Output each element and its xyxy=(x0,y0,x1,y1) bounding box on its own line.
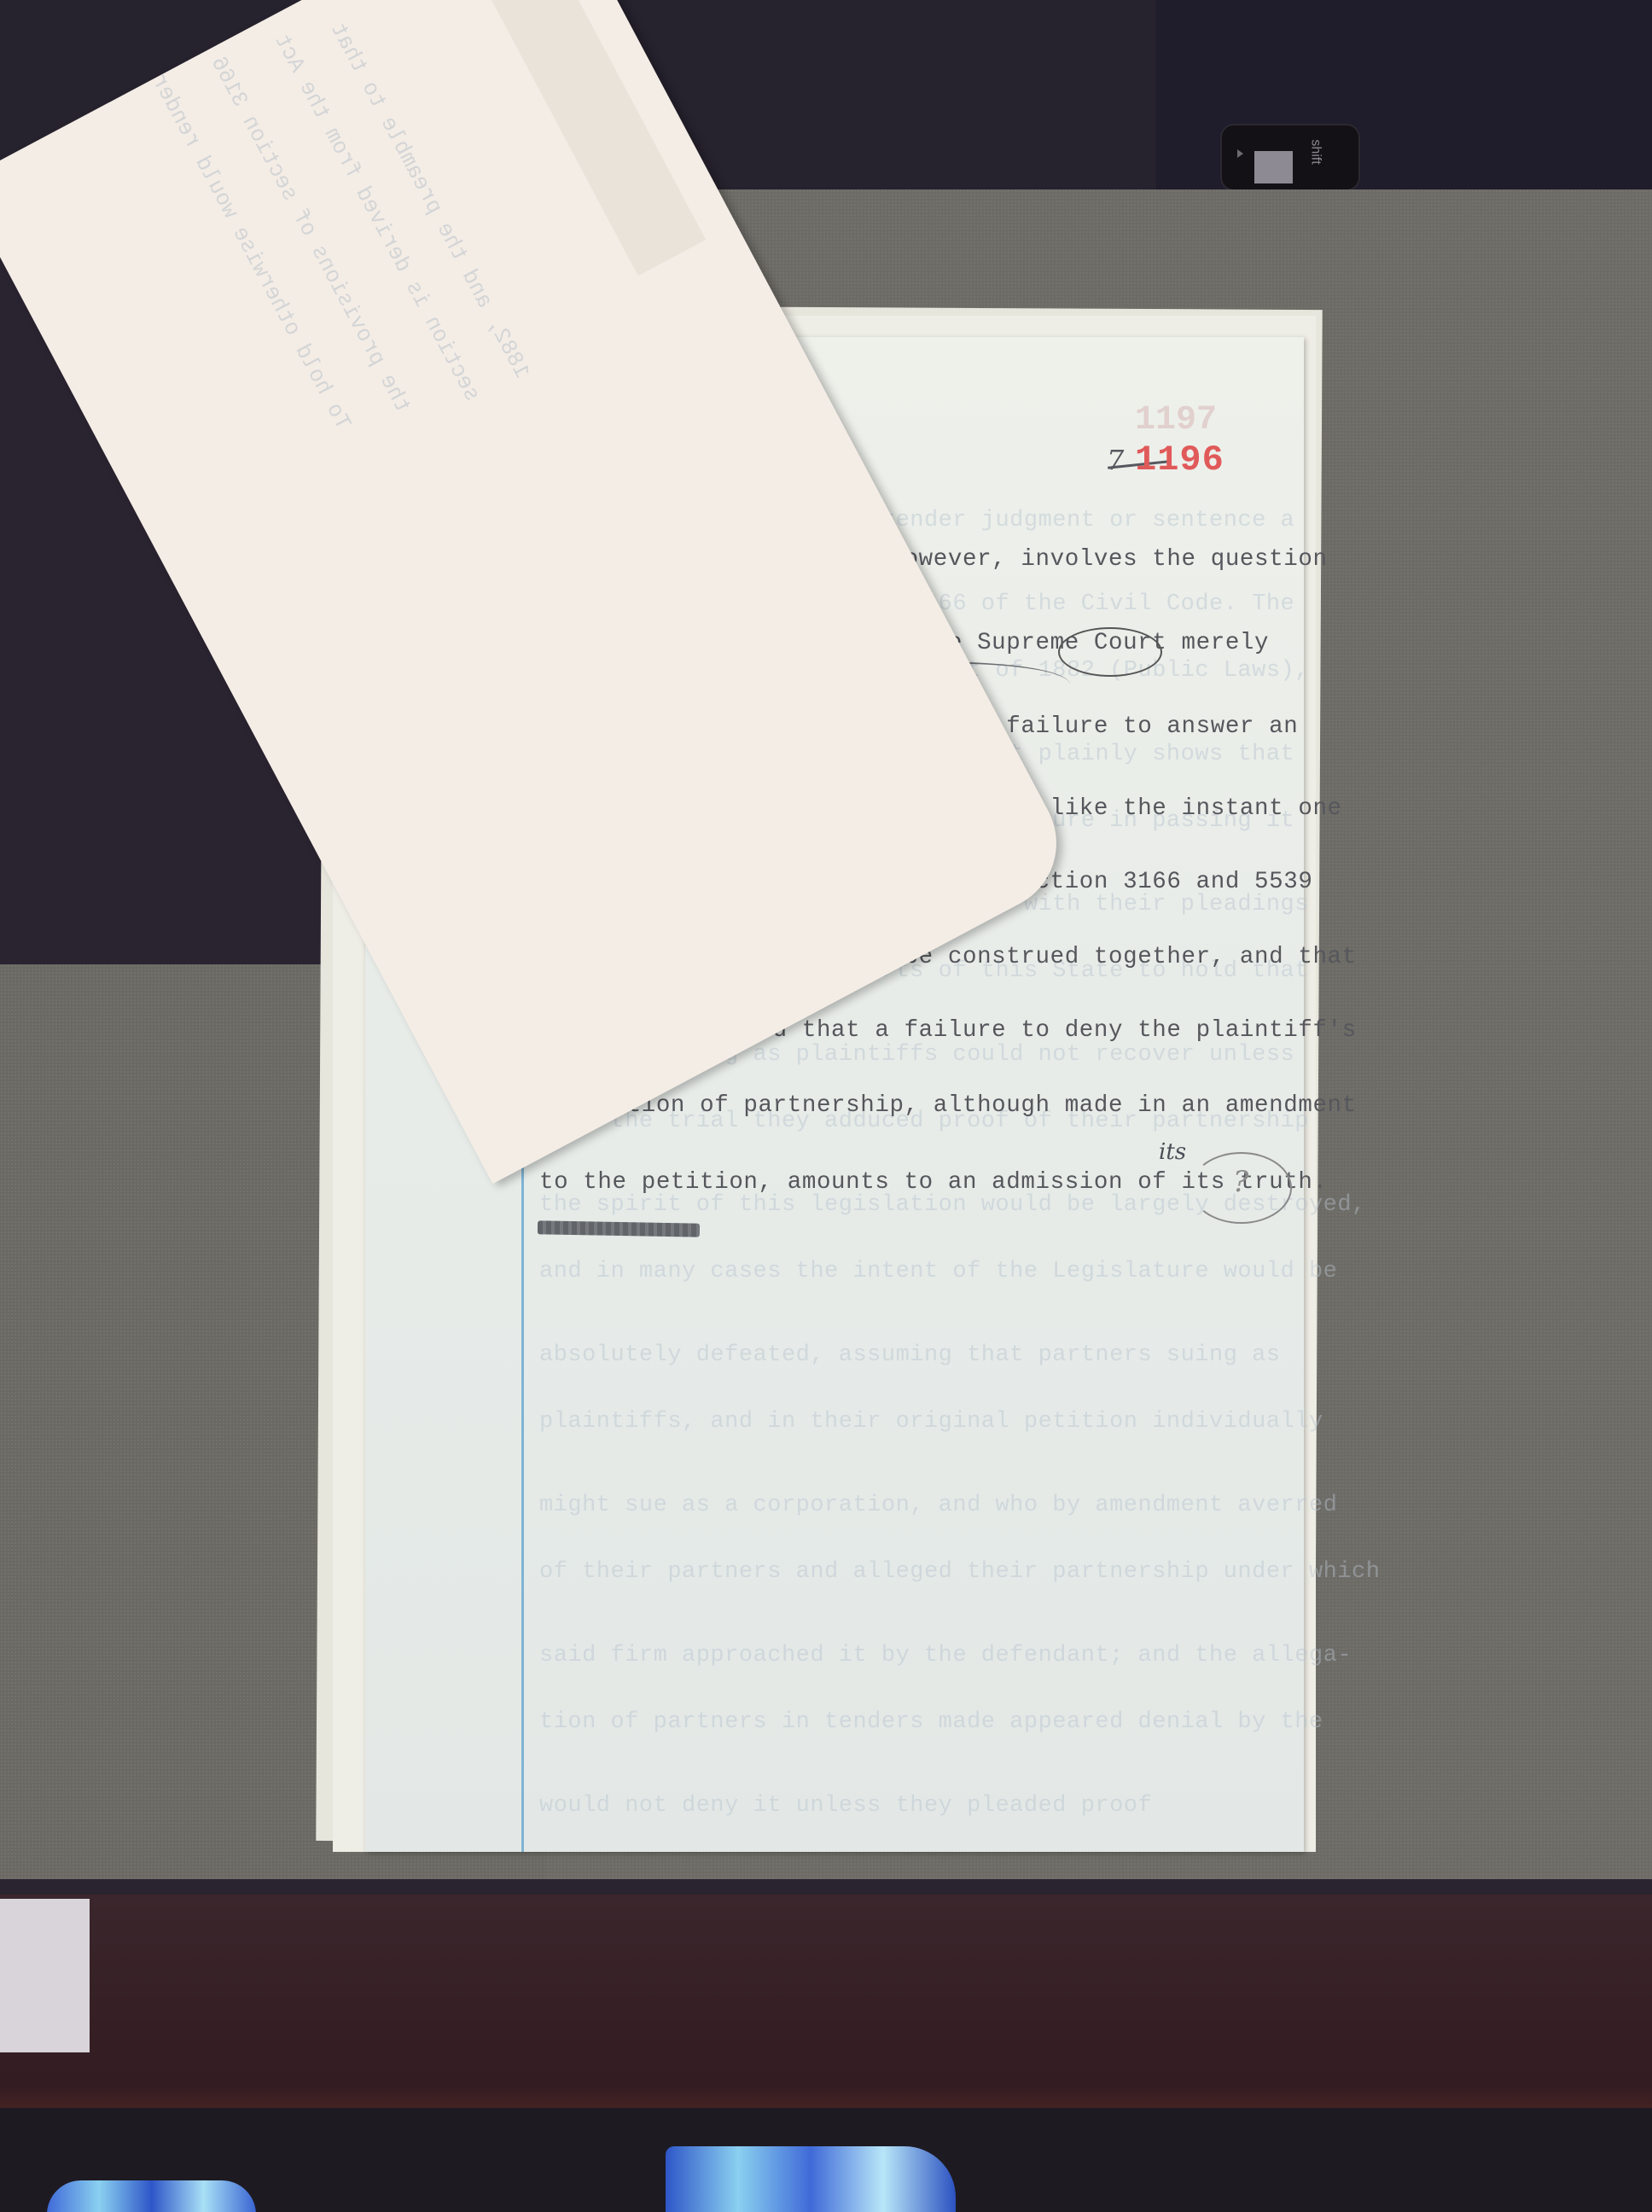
key-cap xyxy=(1254,151,1293,183)
shift-key: shift xyxy=(1220,124,1360,191)
handwritten-insert: its xyxy=(1159,1139,1186,1165)
circle-annotation xyxy=(1058,627,1162,677)
bleed-through-line: tion of partners in tenders made appeare… xyxy=(539,1709,1323,1735)
page-number-struck: 7 xyxy=(1107,444,1124,476)
bleed-through-line: said firm approached it by the defendant… xyxy=(539,1643,1352,1668)
bleed-through-line: would not deny it unless they pleaded pr… xyxy=(539,1793,1152,1819)
arrow-icon xyxy=(1237,149,1243,158)
shift-key-label: shift xyxy=(1308,139,1323,164)
circled-mark-text: ? xyxy=(1233,1165,1248,1199)
desk-reflection xyxy=(0,1899,90,2052)
bleed-through-line: might sue as a corporation, and who by a… xyxy=(539,1493,1337,1518)
bleed-through-line: absolutely defeated, assuming that partn… xyxy=(539,1342,1281,1368)
bleed-through-line: plaintiffs, and in their original petiti… xyxy=(539,1409,1323,1435)
bleed-through-line: and in many cases the intent of the Legi… xyxy=(539,1259,1337,1284)
page-number-stamp: 1196 xyxy=(1135,439,1224,480)
bleed-through-line: of their partners and alleged their part… xyxy=(539,1559,1380,1585)
page-number-faint: 1197 xyxy=(1135,401,1217,439)
struck-out-text xyxy=(538,1220,700,1237)
typed-line-8: allegation of partnership, although made… xyxy=(539,1092,1357,1119)
clothing-pattern xyxy=(666,2146,956,2212)
clothing-pattern xyxy=(47,2180,256,2212)
